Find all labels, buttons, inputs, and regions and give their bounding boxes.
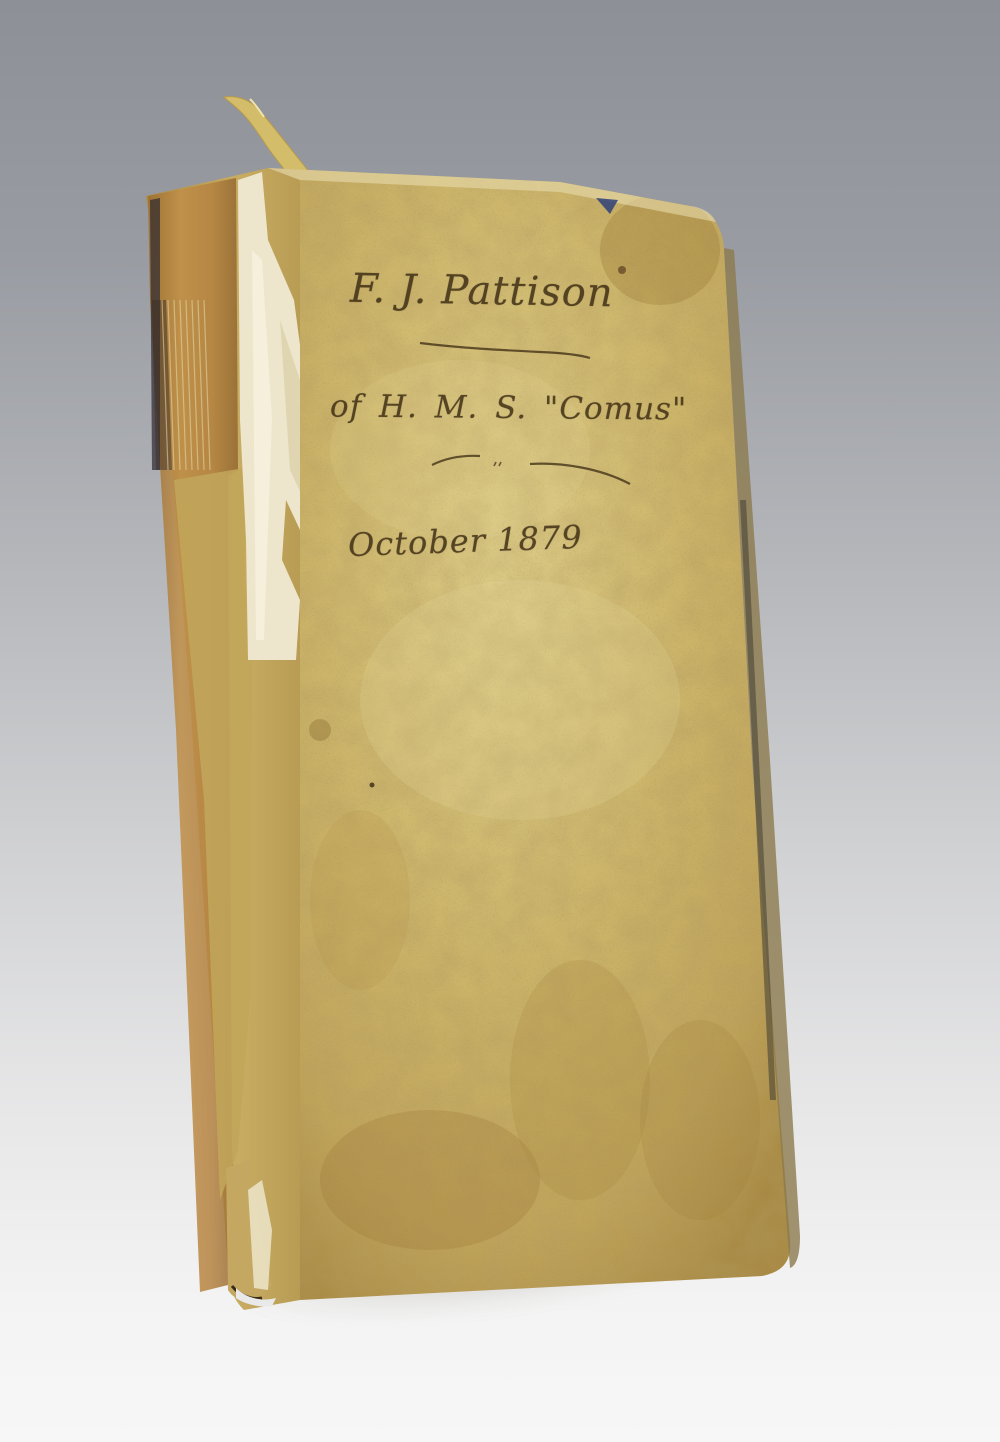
- inscription-ship: of H. M. S. "Comus": [330, 388, 688, 427]
- vellum-book: [0, 0, 1000, 1442]
- inscription-owner-name: F. J. Pattison: [350, 266, 614, 317]
- photograph: F. J. Pattison of H. M. S. "Comus" Octob…: [0, 0, 1000, 1442]
